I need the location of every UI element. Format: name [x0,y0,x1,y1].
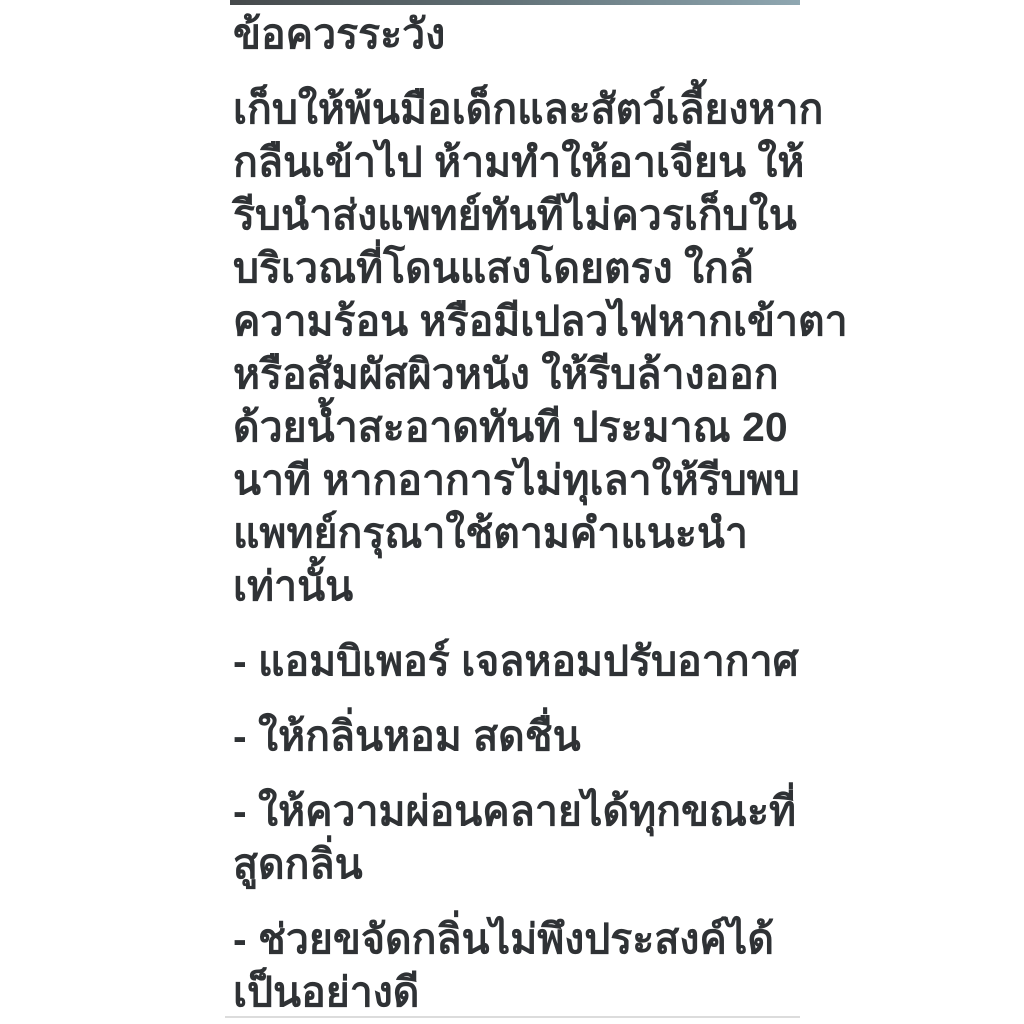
bullet-block: - ให้กลิ่นหอม สดชื่น [233,710,808,763]
section-heading-block: ข้อควรระวัง [233,8,808,61]
text-line: ด้วยน้ำสะอาดทันที ประมาณ 20 [233,401,808,454]
text-column: ข้อควรระวัง เก็บให้พ้นมือเด็กและสัตว์เลี… [233,8,808,1019]
document-page: ข้อควรระวัง เก็บให้พ้นมือเด็กและสัตว์เลี… [0,0,1024,1024]
bullet-block: - แอมบิเพอร์ เจลหอมปรับอากาศ [233,635,808,688]
text-line: เก็บให้พ้นมือเด็กและสัตว์เลี้ยงหาก [233,83,808,136]
text-line: ความร้อน หรือมีเปลวไฟหากเข้าตา [233,295,808,348]
text-line: - ให้ความผ่อนคลายได้ทุกขณะที่ [233,785,808,838]
text-line: นาที หากอาการไม่ทุเลาให้รีบพบ [233,454,808,507]
text-line: เป็นอย่างดี [233,966,808,1019]
text-line: เท่านั้น [233,560,808,613]
section-heading: ข้อควรระวัง [233,8,808,61]
paragraph-block: เก็บให้พ้นมือเด็กและสัตว์เลี้ยงหากกลืนเข… [233,83,808,613]
text-line: แพทย์กรุณาใช้ตามคำแนะนำ [233,507,808,560]
top-edge-bar [230,0,800,5]
bullet-block: - ช่วยขจัดกลิ่นไม่พึงประสงค์ได้เป็นอย่าง… [233,913,808,1019]
text-line: รีบนำส่งแพทย์ทันทีไม่ควรเก็บใน [233,189,808,242]
bullet-block: - ให้ความผ่อนคลายได้ทุกขณะที่สูดกลิ่น [233,785,808,891]
text-line: หรือสัมผัสผิวหนัง ให้รีบล้างออก [233,348,808,401]
text-line: - ให้กลิ่นหอม สดชื่น [233,710,808,763]
text-line: สูดกลิ่น [233,838,808,891]
bottom-divider [225,1016,800,1018]
text-line: บริเวณที่โดนแสงโดยตรง ใกล้ [233,242,808,295]
text-line: กลืนเข้าไป ห้ามทำให้อาเจียน ให้ [233,136,808,189]
text-line: - แอมบิเพอร์ เจลหอมปรับอากาศ [233,635,808,688]
text-blocks-container: เก็บให้พ้นมือเด็กและสัตว์เลี้ยงหากกลืนเข… [233,83,808,1019]
text-line: - ช่วยขจัดกลิ่นไม่พึงประสงค์ได้ [233,913,808,966]
